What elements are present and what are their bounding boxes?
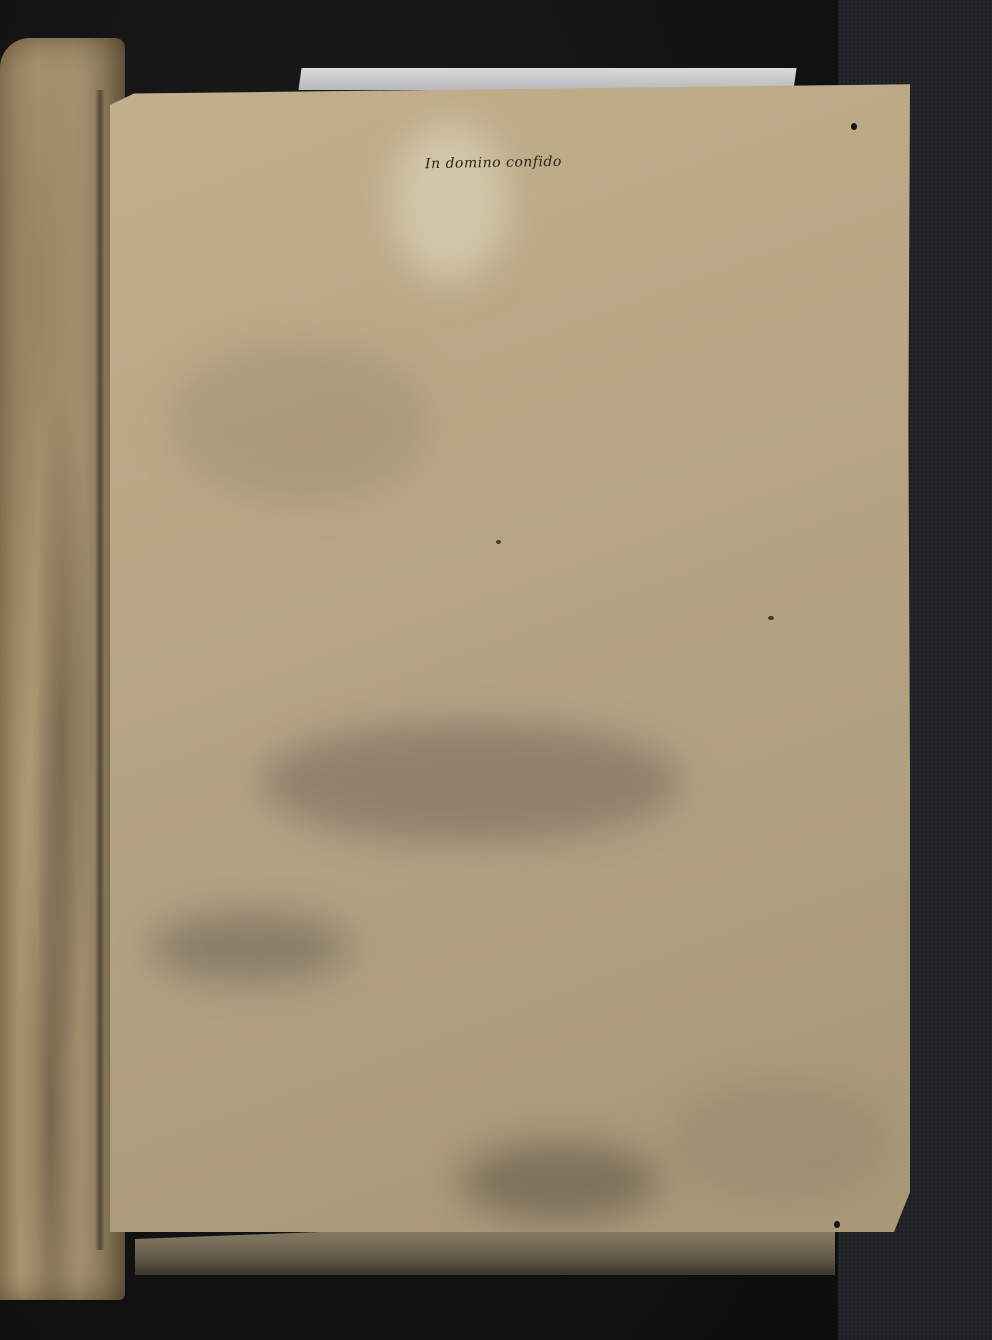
stain (150, 912, 350, 982)
stain (260, 722, 680, 842)
stain (170, 342, 430, 502)
ink-spot (496, 540, 501, 544)
ink-spot (768, 616, 774, 620)
left-cover-board (0, 38, 125, 1300)
stain (460, 1142, 660, 1222)
stain (390, 122, 510, 282)
stain (670, 1082, 890, 1202)
pinhole (834, 1221, 840, 1228)
parchment-folio (110, 82, 910, 1232)
spine-gutter (95, 90, 105, 1250)
handwritten-inscription: In domino confido (425, 154, 562, 172)
pinhole (851, 123, 857, 130)
